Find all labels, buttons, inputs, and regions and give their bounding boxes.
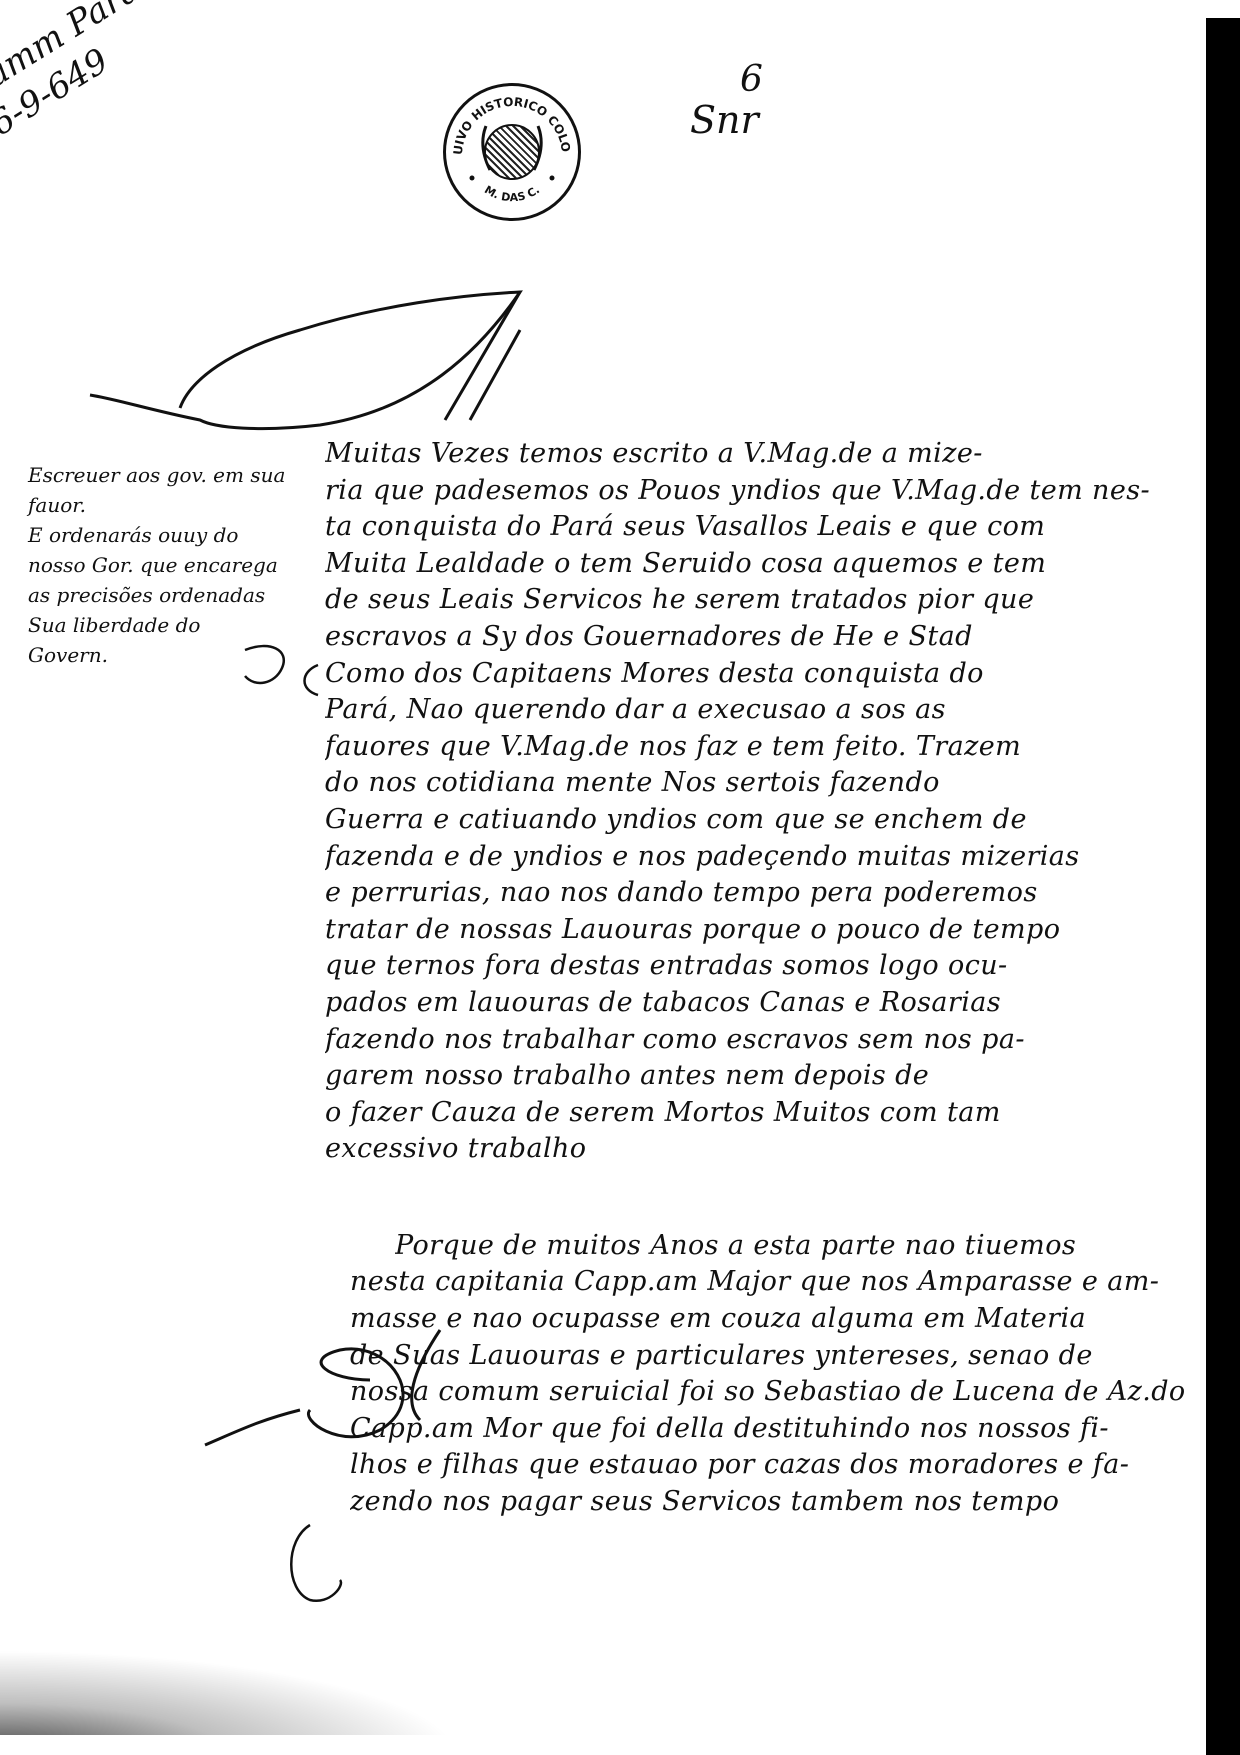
text-line: do nos cotidiana mente Nos sertois fazen… xyxy=(325,765,1205,802)
marginal-note: Escreuer aos gov. em sua fauor. E ordena… xyxy=(28,460,328,670)
text-line: pados em lauouras de tabacos Canas e Ros… xyxy=(325,985,1205,1022)
text-line: fauores que V.Mag.de nos faz e tem feito… xyxy=(325,729,1205,766)
marginal-note-line: Sua liberdade do xyxy=(28,610,328,640)
text-line: ta conquista do Pará seus Vasallos Leais… xyxy=(325,509,1205,546)
text-line: excessivo trabalho xyxy=(325,1131,1205,1168)
paragraph-1: Muitas Vezes temos escrito a V.Mag.de a … xyxy=(325,436,1205,1168)
text-line: escravos a Sy dos Gouernadores de He e S… xyxy=(325,619,1205,656)
text-line: Como dos Capitaens Mores desta conquista… xyxy=(325,656,1205,693)
text-line: de seus Leais Servicos he serem tratados… xyxy=(325,582,1205,619)
paragraph-gap xyxy=(325,1168,1205,1228)
text-line: e perrurias, nao nos dando tempo pera po… xyxy=(325,875,1205,912)
manuscript-page: Gramm Pará 16-9-649 ARQUIVO HISTORICO CO… xyxy=(0,0,1240,1755)
marginal-note-line: as precisões ordenadas xyxy=(28,580,328,610)
text-line: Pará, Nao querendo dar a execusao a sos … xyxy=(325,692,1205,729)
text-line: de Suas Lauouras e particulares ynterese… xyxy=(350,1338,1205,1375)
text-line: Porque de muitos Anos a esta parte nao t… xyxy=(395,1228,1205,1265)
text-line: nossa comum seruicial foi so Sebastiao d… xyxy=(350,1374,1205,1411)
text-line: Capp.am Mor que foi della destituhindo n… xyxy=(350,1411,1205,1448)
text-line: zendo nos pagar seus Servicos tambem nos… xyxy=(350,1484,1205,1521)
letter-body: Muitas Vezes temos escrito a V.Mag.de a … xyxy=(325,436,1205,1521)
marginal-note-line: Escreuer aos gov. em sua xyxy=(28,460,328,490)
text-line: ria que padesemos os Pouos yndios que V.… xyxy=(325,473,1205,510)
marginal-note-line: fauor. xyxy=(28,490,328,520)
text-line: fazendo nos trabalhar como escravos sem … xyxy=(325,1022,1205,1059)
text-line: fazenda e de yndios e nos padeçendo muit… xyxy=(325,839,1205,876)
marginal-note-line: E ordenarás ouuy do xyxy=(28,520,328,550)
text-line: tratar de nossas Lauouras porque o pouco… xyxy=(325,912,1205,949)
text-line: nesta capitania Capp.am Major que nos Am… xyxy=(350,1264,1205,1301)
text-line: lhos e filhas que estauao por cazas dos … xyxy=(350,1447,1205,1484)
text-line: Muitas Vezes temos escrito a V.Mag.de a … xyxy=(325,436,1205,473)
text-line: Muita Lealdade o tem Seruido cosa aquemo… xyxy=(325,546,1205,583)
text-line: que ternos fora destas entradas somos lo… xyxy=(325,948,1205,985)
marginal-note-line: nosso Gor. que encarega xyxy=(28,550,328,580)
text-line: Guerra e catiuando yndios com que se enc… xyxy=(325,802,1205,839)
marginal-note-line: Govern. xyxy=(28,640,328,670)
text-line: o fazer Cauza de serem Mortos Muitos com… xyxy=(325,1095,1205,1132)
text-line: masse e nao ocupasse em couza alguma em … xyxy=(350,1301,1205,1338)
paragraph-2: Porque de muitos Anos a esta parte nao t… xyxy=(325,1228,1205,1521)
text-line: garem nosso trabalho antes nem depois de xyxy=(325,1058,1205,1095)
